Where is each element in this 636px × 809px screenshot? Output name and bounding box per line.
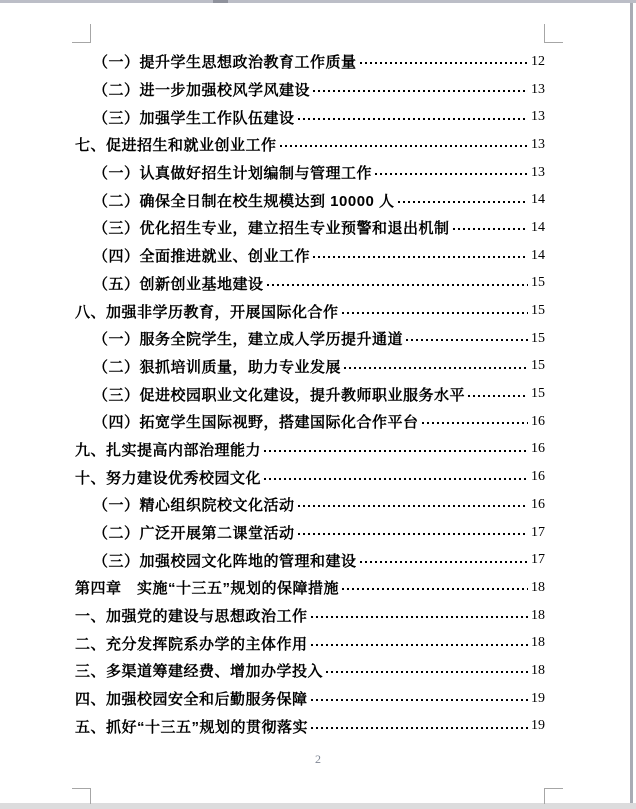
toc-entry[interactable]: 四、加强校园安全和后勤服务保障 19 — [75, 685, 545, 713]
dot-leader — [311, 644, 528, 646]
toc-entry-page: 18 — [531, 608, 545, 624]
dot-leader — [311, 699, 528, 701]
toc-entry-title: 第四章 实施“十三五”规划的保障措施 — [75, 577, 339, 598]
toc-entry-page: 14 — [531, 192, 545, 208]
toc-entry-title: （三）促进校园职业文化建设，提升教师职业服务水平 — [93, 384, 465, 405]
toc-entry[interactable]: （一）精心组织院校文化活动 16 — [75, 491, 545, 519]
toc-entry[interactable]: 五、抓好“十三五”规划的贯彻落实 19 — [75, 713, 545, 741]
toc-entry[interactable]: （三）优化招生专业，建立招生专业预警和退出机制 14 — [75, 214, 545, 242]
toc-entry-page: 15 — [531, 275, 545, 291]
toc-entry-title: （二）确保全日制在校生规模达到 10000 人 — [93, 190, 395, 211]
toc-entry[interactable]: 第四章 实施“十三五”规划的保障措施 18 — [75, 574, 545, 602]
toc-entry-page: 13 — [531, 82, 545, 98]
dot-leader — [406, 339, 528, 341]
toc-entry-page: 17 — [531, 525, 545, 541]
toc-entry-title: 三、多渠道筹建经费、增加办学投入 — [75, 660, 323, 681]
dot-leader — [298, 505, 528, 507]
dot-leader — [313, 90, 528, 92]
window-bottom-strip — [0, 803, 636, 809]
toc-entry[interactable]: 三、多渠道筹建经费、增加办学投入 18 — [75, 657, 545, 685]
toc-entry-page: 17 — [531, 552, 545, 568]
toc-entry[interactable]: （二）广泛开展第二课堂活动 17 — [75, 519, 545, 547]
dot-leader — [344, 367, 528, 369]
toc-entry[interactable]: （二）狠抓培训质量，助力专业发展 15 — [75, 353, 545, 381]
toc-entry-page: 14 — [531, 220, 545, 236]
toc-entry-title: （一）提升学生思想政治教育工作质量 — [93, 51, 357, 72]
toc-entry[interactable]: （一）认真做好招生计划编制与管理工作 13 — [75, 159, 545, 187]
toc-entry-title: （五）创新创业基地建设 — [93, 273, 264, 294]
toc-entry-title: （一）认真做好招生计划编制与管理工作 — [93, 162, 372, 183]
toc-entry-title: （三）加强校园文化阵地的管理和建设 — [93, 550, 357, 571]
toc-entry[interactable]: （五）创新创业基地建设 15 — [75, 270, 545, 298]
toc-entry-page: 14 — [531, 248, 545, 264]
dot-leader — [326, 671, 528, 673]
toc-entry-title: 七、促进招生和就业创业工作 — [75, 134, 277, 155]
dot-leader — [280, 145, 528, 147]
toc-entry-title: （三）优化招生专业，建立招生专业预警和退出机制 — [93, 217, 450, 238]
toc-entry-title: 一、加强党的建设与思想政治工作 — [75, 605, 308, 626]
toc-entry-page: 13 — [531, 109, 545, 125]
dot-leader — [264, 450, 528, 452]
toc-entry-page: 16 — [531, 441, 545, 457]
toc-entry-page: 19 — [531, 718, 545, 734]
toc-entry-page: 16 — [531, 414, 545, 430]
dot-leader — [267, 284, 528, 286]
toc-entry[interactable]: （一）服务全院学生，建立成人学历提升通道 15 — [75, 325, 545, 353]
dot-leader — [375, 173, 528, 175]
toc-entry[interactable]: （二）确保全日制在校生规模达到 10000 人 14 — [75, 186, 545, 214]
dot-leader — [264, 478, 528, 480]
footer-page-number: 2 — [0, 752, 636, 767]
toc-entry-page: 13 — [531, 165, 545, 181]
toc-entry-title: 二、充分发挥院系办学的主体作用 — [75, 633, 308, 654]
window-top-strip — [0, 0, 636, 3]
toc-entry-title: （四）拓宽学生国际视野，搭建国际化合作平台 — [93, 411, 419, 432]
toc-entry-page: 12 — [531, 54, 545, 70]
toc-entry-title: （四）全面推进就业、创业工作 — [93, 245, 310, 266]
toc-entry-title: 五、抓好“十三五”规划的贯彻落实 — [75, 716, 308, 737]
toc-entry-page: 15 — [531, 386, 545, 402]
toc-entry-page: 15 — [531, 303, 545, 319]
toc-entry[interactable]: （三）促进校园职业文化建设，提升教师职业服务水平 15 — [75, 380, 545, 408]
toc-entry[interactable]: （二）进一步加强校风学风建设 13 — [75, 76, 545, 104]
toc-entry-page: 15 — [531, 331, 545, 347]
toc-entry-page: 18 — [531, 580, 545, 596]
toc-entry[interactable]: （一）提升学生思想政治教育工作质量 12 — [75, 48, 545, 76]
toc-entry-title: （一）服务全院学生，建立成人学历提升通道 — [93, 328, 403, 349]
toc-entry[interactable]: （三）加强校园文化阵地的管理和建设 17 — [75, 546, 545, 574]
toc-entry-title: （二）进一步加强校风学风建设 — [93, 79, 310, 100]
toc-entry-title: 四、加强校园安全和后勤服务保障 — [75, 688, 308, 709]
toc-entry[interactable]: 十、努力建设优秀校园文化 16 — [75, 463, 545, 491]
dot-leader — [298, 533, 528, 535]
toc-entry[interactable]: 二、充分发挥院系办学的主体作用 18 — [75, 629, 545, 657]
dot-leader — [468, 395, 528, 397]
crop-mark-bottom-right — [544, 788, 563, 804]
crop-mark-top-left — [72, 24, 91, 43]
dot-leader — [453, 228, 528, 230]
toc-entry-page: 18 — [531, 635, 545, 651]
toc-entry-title: 九、扎实提高内部治理能力 — [75, 439, 261, 460]
toc-entry-title: 十、努力建设优秀校园文化 — [75, 467, 261, 488]
page-right-edge — [630, 3, 633, 803]
toc-entry-title: （二）广泛开展第二课堂活动 — [93, 522, 295, 543]
table-of-contents: （一）提升学生思想政治教育工作质量 12 （二）进一步加强校风学风建设 13 （… — [75, 48, 545, 740]
dot-leader — [311, 616, 528, 618]
crop-mark-top-right — [544, 24, 563, 43]
dot-leader — [342, 588, 528, 590]
toc-entry-title: （三）加强学生工作队伍建设 — [93, 107, 295, 128]
toc-entry-page: 16 — [531, 497, 545, 513]
toc-entry-page: 13 — [531, 137, 545, 153]
toc-entry[interactable]: 八、加强非学历教育，开展国际化合作 15 — [75, 297, 545, 325]
toc-entry[interactable]: （三）加强学生工作队伍建设 13 — [75, 103, 545, 131]
dot-leader — [342, 312, 528, 314]
dot-leader — [298, 118, 528, 120]
toc-entry-title: 八、加强非学历教育，开展国际化合作 — [75, 301, 339, 322]
dot-leader — [313, 256, 528, 258]
toc-entry[interactable]: 一、加强党的建设与思想政治工作 18 — [75, 602, 545, 630]
toc-entry[interactable]: 七、促进招生和就业创业工作 13 — [75, 131, 545, 159]
dot-leader — [360, 62, 528, 64]
dot-leader — [360, 561, 528, 563]
toc-entry-page: 19 — [531, 691, 545, 707]
crop-mark-bottom-left — [72, 788, 91, 804]
toc-entry-page: 15 — [531, 358, 545, 374]
toc-entry-page: 18 — [531, 663, 545, 679]
document-page: { "page": { "footer_page_number": "2" },… — [0, 0, 636, 809]
dot-leader — [422, 422, 528, 424]
toc-entry[interactable]: （四）全面推进就业、创业工作 14 — [75, 242, 545, 270]
toc-entry-page: 16 — [531, 469, 545, 485]
toc-entry[interactable]: （四）拓宽学生国际视野，搭建国际化合作平台 16 — [75, 408, 545, 436]
toc-entry[interactable]: 九、扎实提高内部治理能力 16 — [75, 436, 545, 464]
page-gap-marker — [213, 0, 228, 3]
dot-leader — [398, 201, 528, 203]
toc-entry-title: （一）精心组织院校文化活动 — [93, 494, 295, 515]
dot-leader — [311, 727, 528, 729]
toc-entry-title: （二）狠抓培训质量，助力专业发展 — [93, 356, 341, 377]
